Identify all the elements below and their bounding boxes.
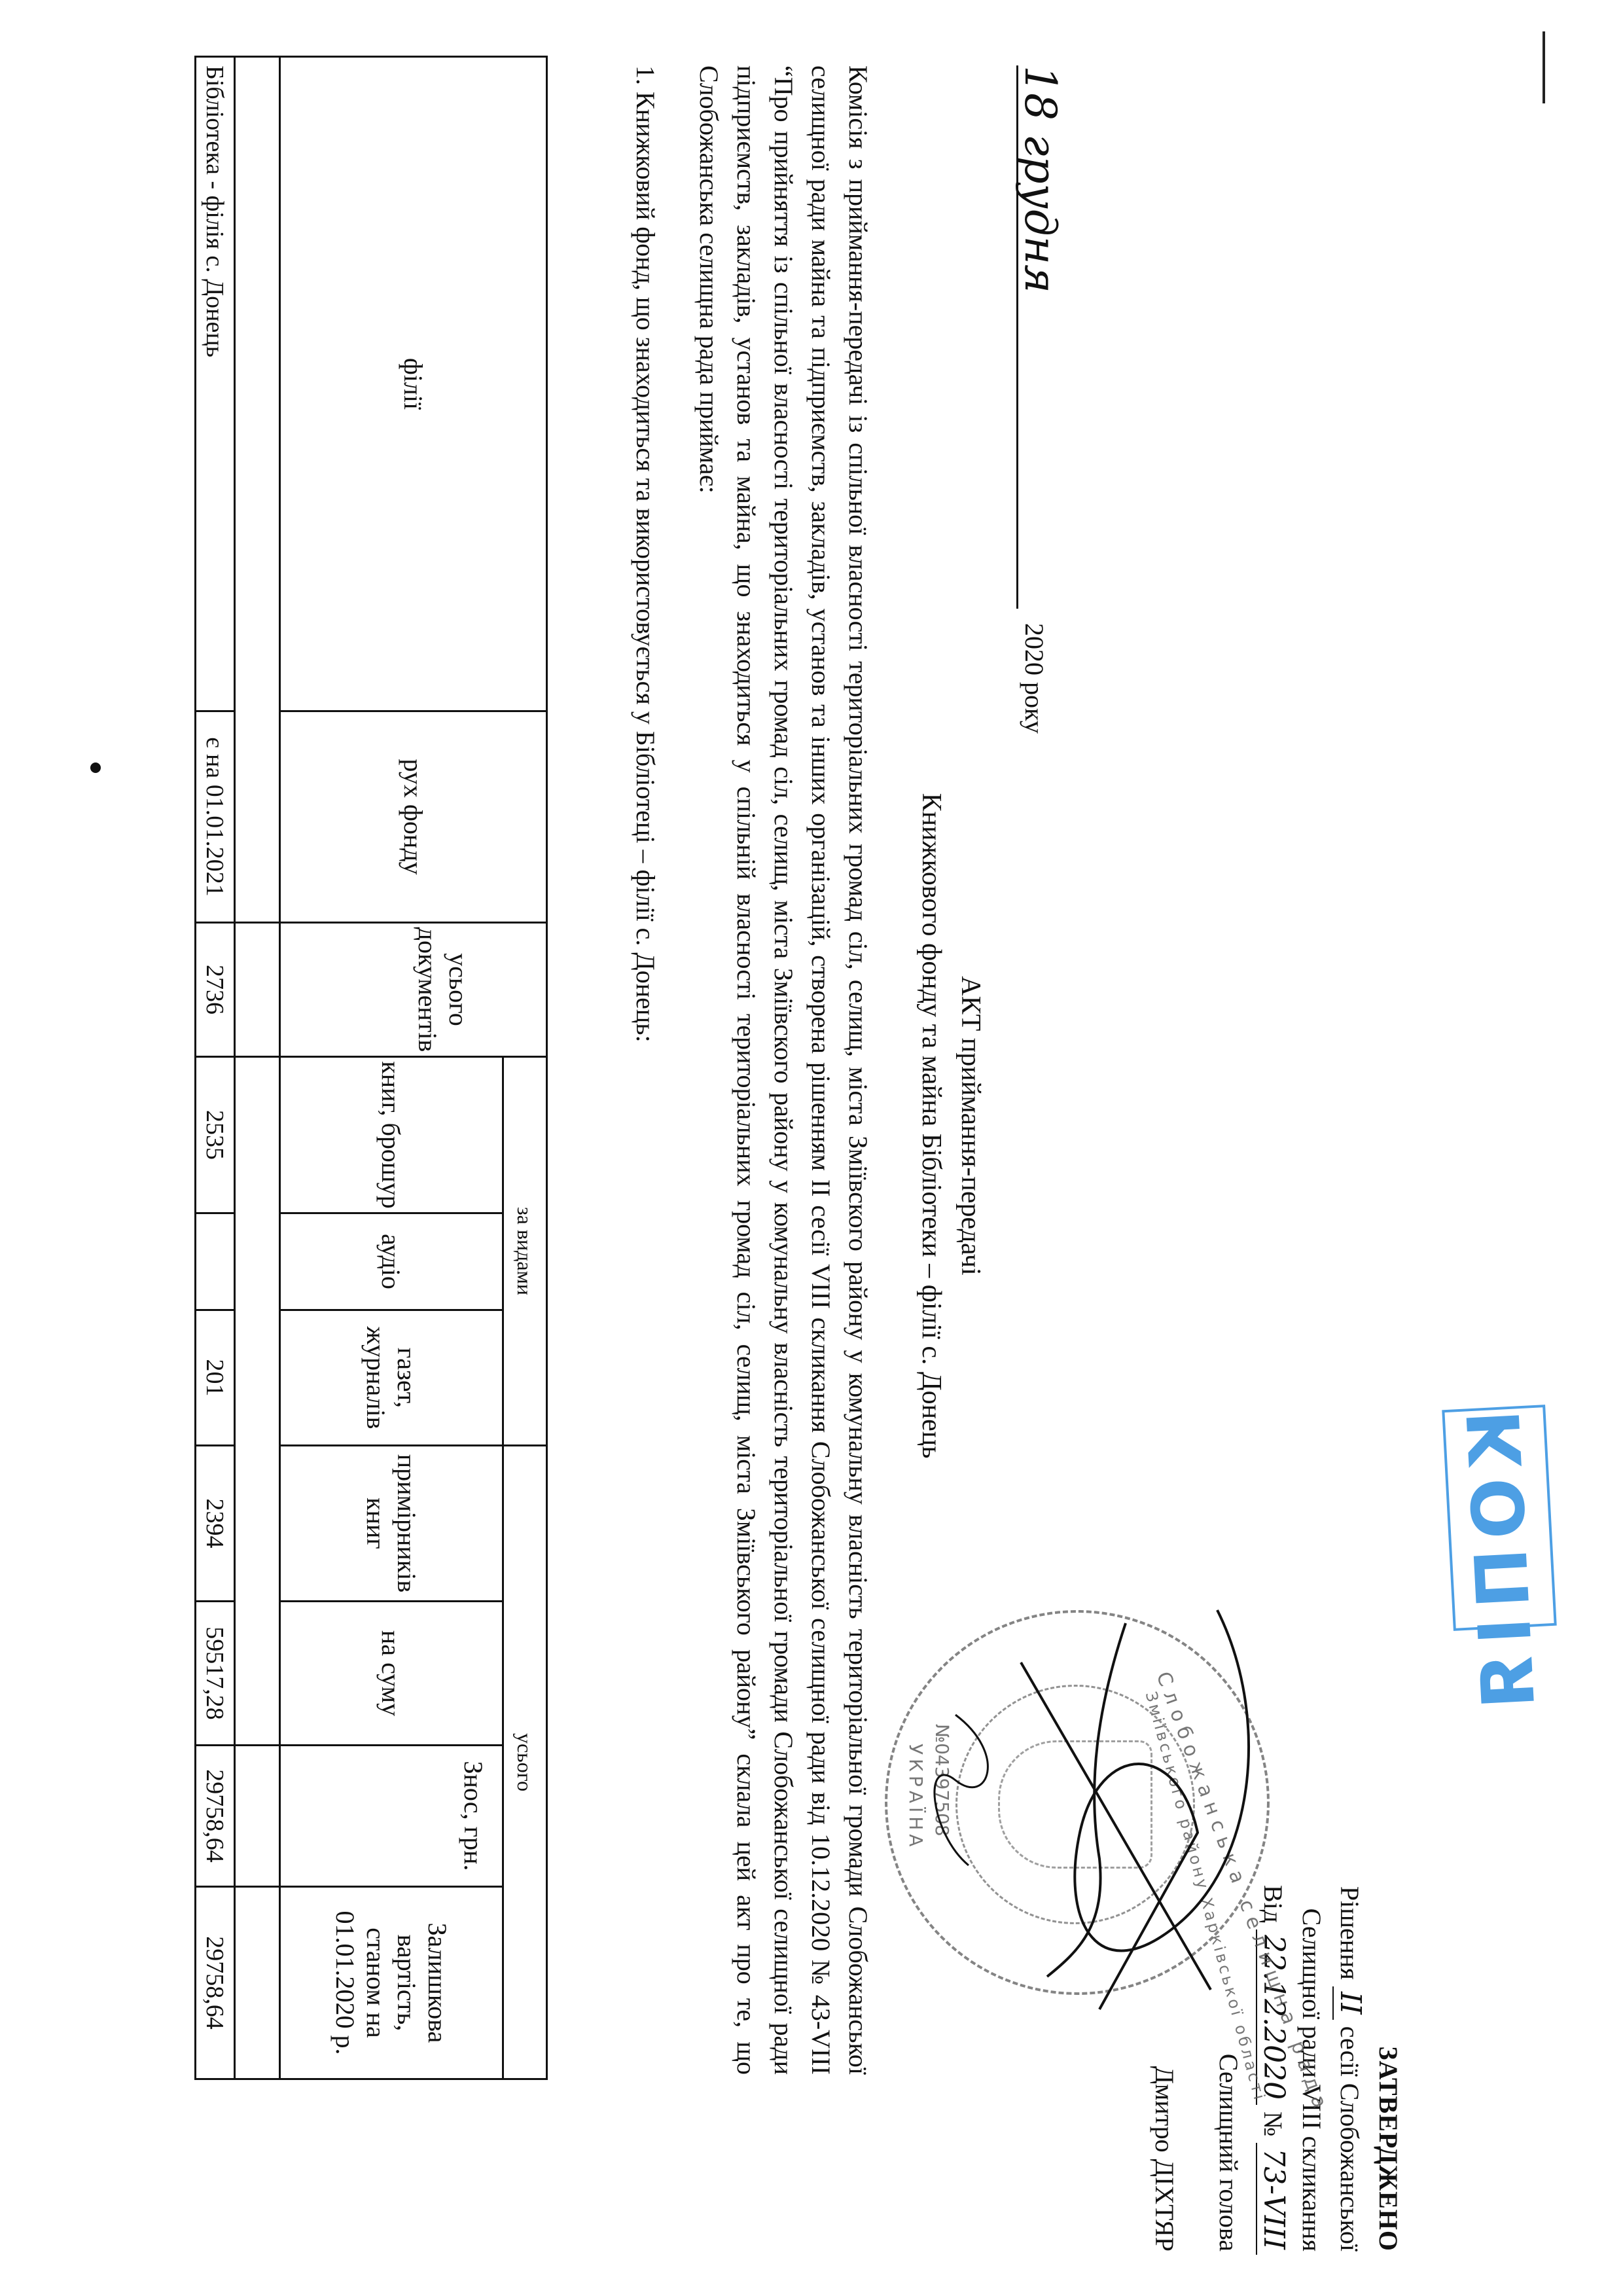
header-newspapers: газет, журналів: [280, 1310, 503, 1446]
cell-sum: 59517,28: [196, 1602, 235, 1746]
table-row: Бібліотека - філія с. Донець є на 01.01.…: [196, 57, 235, 2079]
header-audio: аудіо: [280, 1213, 503, 1310]
decision-prefix: Рішення: [1335, 1886, 1364, 1980]
document-page: ЗАТВЕРДЖЕНО Рішення ІІ сесії Слобожанськ…: [0, 0, 1623, 2296]
cell-residual-value: 29758,64: [196, 1887, 235, 2079]
act-subtitle: Книжкового фонду та майна Бібліотеки – ф…: [914, 589, 949, 1662]
header-movement: рух фонду: [280, 711, 547, 923]
item-1-text: 1. Книжковий фонд, що знаходиться та вик…: [630, 65, 661, 1043]
spacer-cell: [235, 57, 280, 923]
cell-movement: є на 01.01.2021: [196, 711, 235, 923]
act-date-handwritten: 18 грудня: [1016, 65, 1061, 609]
cell-newspapers: 201: [196, 1310, 235, 1446]
copy-stamp: КОПІЯ: [1442, 1405, 1556, 1631]
approval-decision-line: Рішення ІІ сесії Слобожанської: [1330, 1885, 1369, 2251]
cell-depreciation: 29758,64: [196, 1746, 235, 1887]
decision-number: 73-VIII: [1256, 2143, 1291, 2255]
header-branch: філії: [280, 57, 547, 711]
ink-dot: [90, 762, 101, 773]
cell-branch: Бібліотека - філія с. Донець: [196, 57, 235, 711]
official-seal: Слобожанська селищна рада Зміївського ра…: [885, 1610, 1270, 1995]
approval-heading: ЗАТВЕРДЖЕНО: [1369, 1885, 1407, 2251]
book-fund-table: філії рух фонду усього документів за вид…: [194, 56, 548, 2080]
number-prefix: №: [1258, 2111, 1288, 2136]
act-title: АКТ приймання-передачі: [953, 589, 988, 1662]
cell-book-copies: 2394: [196, 1446, 235, 1602]
spacer-cell: [235, 923, 280, 1057]
cell-books-brochures: 2535: [196, 1057, 235, 1213]
act-body-paragraph: Комісія з приймання-передачі із спільної…: [690, 65, 877, 2075]
header-sum: на суму: [280, 1602, 503, 1746]
header-depreciation: Знос, грн.: [280, 1746, 503, 1887]
session-number: ІІ: [1332, 1986, 1367, 2020]
seal-country: УКРАЇНА: [905, 1744, 927, 1850]
act-date-line: 18 грудня 2020 року: [1016, 65, 1061, 734]
spacer-cell: [235, 1887, 280, 2079]
header-residual-value: Залишкова вартість, станом на 01.01.2020…: [280, 1887, 503, 2079]
header-total-group: усього: [503, 1446, 547, 2079]
seal-code: №04397508: [931, 1724, 953, 1837]
seal-emblem-icon: [998, 1740, 1152, 1869]
table-spacer-row: [235, 57, 280, 2079]
header-by-type-group: за видами: [503, 1057, 547, 1446]
header-book-copies: примірників книг: [280, 1446, 503, 1602]
act-date-suffix: 2020 року: [1020, 623, 1049, 734]
header-books-brochures: книг, брошур: [280, 1057, 503, 1213]
cell-audio: [196, 1213, 235, 1310]
cell-total-documents: 2736: [196, 923, 235, 1057]
spacer-cell: [235, 1746, 280, 1887]
header-total-documents: усього документів: [280, 923, 547, 1057]
decision-suffix: сесії Слобожанської: [1335, 2026, 1364, 2251]
margin-mark: [1543, 31, 1545, 103]
spacer-cell: [235, 1057, 280, 1746]
